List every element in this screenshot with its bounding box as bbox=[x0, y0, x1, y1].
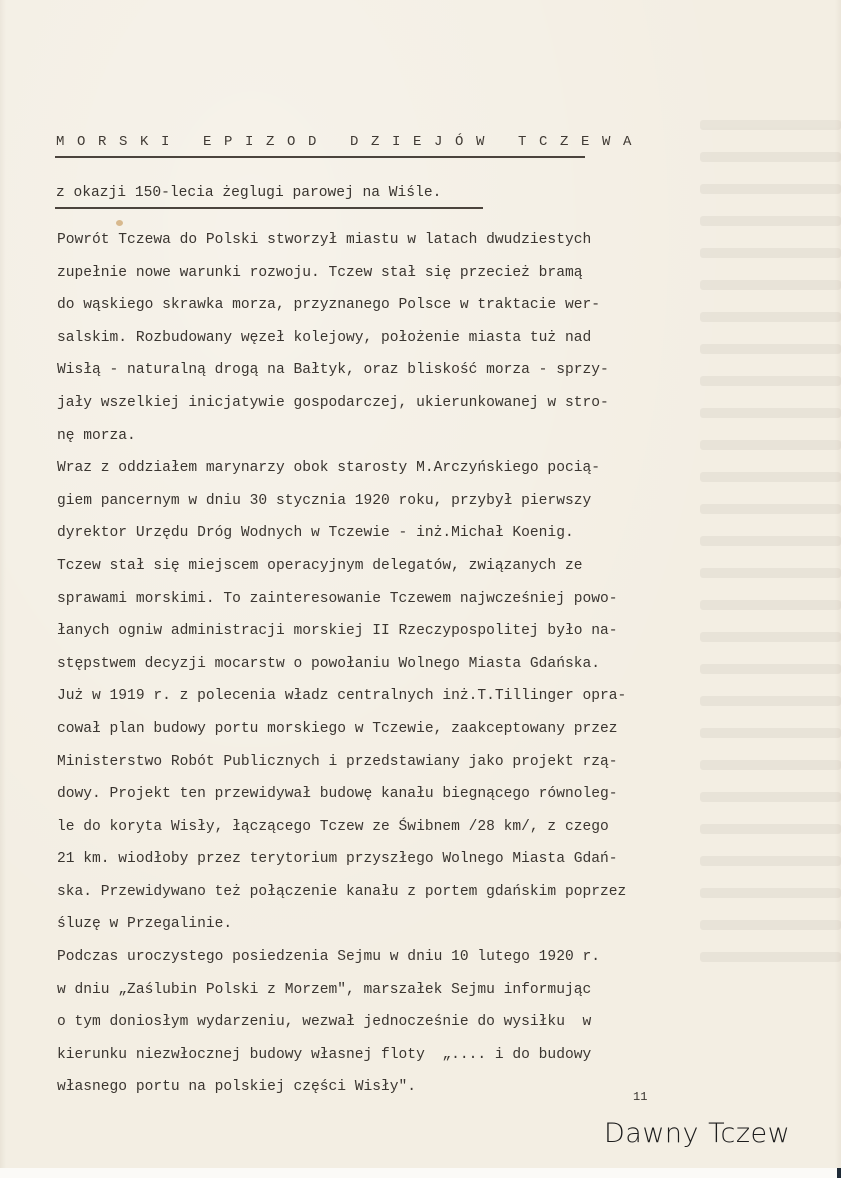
text-line: śluzę w Przegalinie. bbox=[57, 914, 697, 947]
text-line: stępstwem decyzji mocarstw o powołaniu W… bbox=[57, 654, 697, 687]
text-line: giem pancernym w dniu 30 stycznia 1920 r… bbox=[57, 491, 697, 524]
text-line: Podczas uroczystego posiedzenia Sejmu w … bbox=[57, 947, 697, 980]
text-line: o tym doniosłym wydarzeniu, wezwał jedno… bbox=[57, 1012, 697, 1045]
text-line: kierunku niezwłocznej budowy własnej flo… bbox=[57, 1045, 697, 1078]
text-line: Wraz z oddziałem marynarzy obok starosty… bbox=[57, 458, 697, 491]
text-line: własnego portu na polskiej części Wisły"… bbox=[57, 1077, 697, 1110]
document-title: MORSKI EPIZOD DZIEJÓW TCZEWA bbox=[56, 134, 644, 150]
text-line: Tczew stał się miejscem operacyjnym dele… bbox=[57, 556, 697, 589]
subtitle-underline bbox=[55, 207, 483, 209]
text-line: Ministerstwo Robót Publicznych i przedst… bbox=[57, 752, 697, 785]
text-line: do wąskiego skrawka morza, przyznanego P… bbox=[57, 295, 697, 328]
document-subtitle: z okazji 150-lecia żeglugi parowej na Wi… bbox=[56, 185, 441, 201]
title-underline bbox=[55, 156, 585, 158]
text-line: łanych ogniw administracji morskiej II R… bbox=[57, 621, 697, 654]
text-line: Już w 1919 r. z polecenia władz centraln… bbox=[57, 686, 697, 719]
text-line: dyrektor Urzędu Dróg Wodnych w Tczewie -… bbox=[57, 523, 697, 556]
paper-stain bbox=[116, 220, 123, 226]
body-text: Powrót Tczewa do Polski stworzył miastu … bbox=[57, 230, 697, 1110]
text-line: w dniu „Zaślubin Polski z Morzem", marsz… bbox=[57, 980, 697, 1013]
text-line: le do koryta Wisły, łączącego Tczew ze Ś… bbox=[57, 817, 697, 850]
text-line: sprawami morskimi. To zainteresowanie Tc… bbox=[57, 589, 697, 622]
scan-bottom-strip bbox=[0, 1168, 841, 1178]
scan-edge-bar bbox=[837, 1168, 841, 1178]
text-line: 21 km. wiodłoby przez terytorium przyszł… bbox=[57, 849, 697, 882]
text-line: jały wszelkiej inicjatywie gospodarczej,… bbox=[57, 393, 697, 426]
text-line: zupełnie nowe warunki rozwoju. Tczew sta… bbox=[57, 263, 697, 296]
text-line: Powrót Tczewa do Polski stworzył miastu … bbox=[57, 230, 697, 263]
text-line: Wisłą - naturalną drogą na Bałtyk, oraz … bbox=[57, 360, 697, 393]
text-line: salskim. Rozbudowany węzeł kolejowy, poł… bbox=[57, 328, 697, 361]
text-line: cował plan budowy portu morskiego w Tcze… bbox=[57, 719, 697, 752]
page-number: 11 bbox=[633, 1090, 647, 1104]
text-line: nę morza. bbox=[57, 426, 697, 459]
watermark: Dawny Tczew bbox=[604, 1118, 790, 1149]
text-line: ska. Przewidywano też połączenie kanału … bbox=[57, 882, 697, 915]
text-line: dowy. Projekt ten przewidywał budowę kan… bbox=[57, 784, 697, 817]
